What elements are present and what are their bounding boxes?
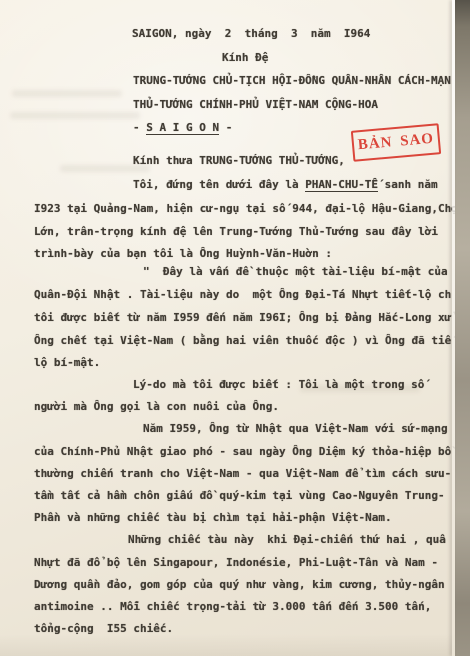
body-line: của Chính-Phủ Nhật giao phó - sau ngày Ô… [34, 445, 451, 458]
place-name: S A I G O N [146, 121, 219, 135]
place-prefix: - [133, 121, 146, 134]
place-line: - S A I G O N - [133, 121, 232, 134]
body-line: " Đây là vấn đề thuộc một tài-liệu bí-mậ… [143, 265, 448, 278]
paper-edge [455, 0, 470, 656]
body-line: Năm I959, Ông từ Nhật qua Việt-Nam với s… [143, 422, 448, 435]
body-line: Phần và những chiếc tàu bị chìm tại hải-… [34, 511, 392, 524]
body-line: Những chiếc tàu này khi Đại-chiến thứ ha… [128, 533, 446, 546]
place-suffix: - [219, 121, 232, 134]
body-line: I923 tại Quảng-Nam, hiện cư-ngụ tại số 9… [34, 202, 458, 215]
body-line: thường chiến tranh cho Việt-Nam - qua Vi… [34, 467, 451, 480]
body-line: Dương quần đảo, gom góp của quý như vàng… [34, 578, 445, 591]
salute-line: Kính Đệ [222, 51, 268, 64]
body-line: antimoine .. Mỗi chiếc trọng-tải từ 3.00… [34, 600, 431, 613]
ban-sao-stamp: BẢN SAO [351, 123, 441, 162]
paper-bottom-shadow [0, 634, 470, 656]
addressee-line-1: TRUNG-TƯỚNG CHỦ-TỊCH HỘI-ĐỒNG QUÂN-NHÂN … [133, 74, 451, 87]
document-photo: SAIGON, ngày 2 tháng 3 năm I964 Kính Đệ … [0, 0, 470, 656]
addressee-line-2: THỦ-TƯỚNG CHÍNH-PHỦ VIỆT-NAM CỘNG-HOA [133, 98, 378, 111]
body-line: Quân-Đội Nhật . Tài-liệu này do một Ông … [34, 288, 451, 301]
body-line: tôi được biết từ năm I959 đến năm I96I; … [34, 311, 451, 324]
body-line: trình-bày của bạn tôi là Ông Huỳnh-Văn-H… [34, 247, 332, 260]
intro-line: Tôi, đứng tên dưới đây là PHAN-CHU-TẾ sa… [133, 178, 438, 191]
body-line: tầm tất cả hầm chôn giấu đồ quý-kim tại … [34, 489, 445, 502]
body-line: Lớn, trân-trọng kính đệ lên Trung-Tướng … [34, 225, 438, 238]
stamp-label: BẢN SAO [357, 131, 434, 155]
body-line: Nhựt đã đổ bộ lên Singapour, Indonésie, … [34, 556, 438, 569]
intro-prefix: Tôi, đứng tên dưới đây là [133, 178, 305, 191]
salutation-line: Kính thưa TRUNG-TƯỚNG THỦ-TƯỚNG, [133, 154, 345, 167]
body-line: Ông chết tại Việt-Nam ( bằng hai viên th… [34, 334, 451, 347]
body-line: Lý-do mà tôi được biết : Tôi là một tron… [133, 378, 424, 391]
sender-name: PHAN-CHU-TẾ [305, 178, 378, 192]
bleed-through [10, 112, 140, 119]
intro-suffix: sanh năm [378, 178, 438, 191]
date-line: SAIGON, ngày 2 tháng 3 năm I964 [132, 27, 370, 40]
body-line: người mà Ông gọi là con nuôi của Ông. [34, 400, 279, 413]
bleed-through [12, 90, 122, 97]
body-line: lộ bí-mật. [34, 356, 100, 369]
